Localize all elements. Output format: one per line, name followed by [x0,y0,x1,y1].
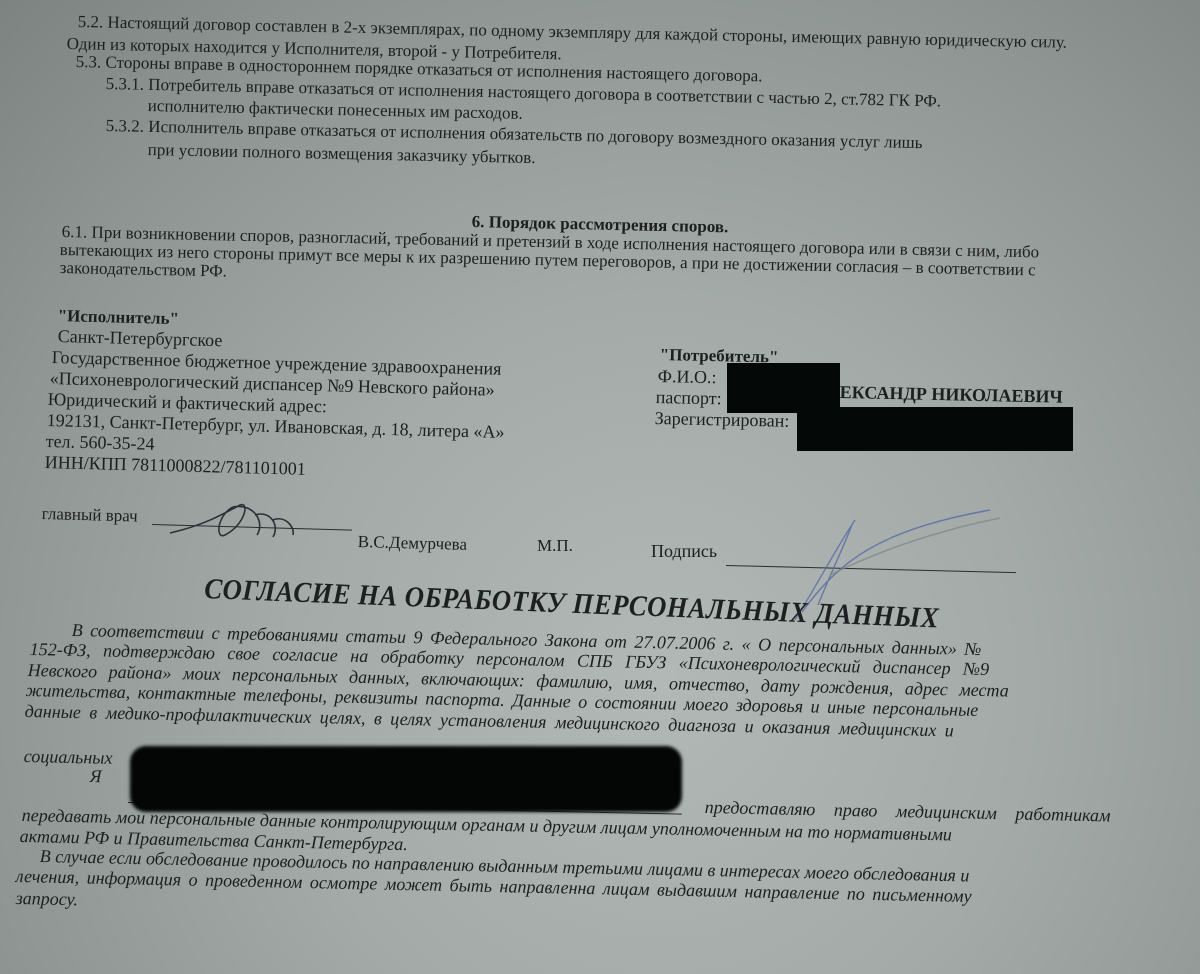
fio-label: Ф.И.О.: [658,366,717,387]
fio-value-visible: ЕКСАНДР НИКОЛАЕВИЧ [840,382,1063,407]
redaction-registration [797,407,1073,451]
scanned-contract-page: 5.2. Настоящий договор составлен в 2-х э… [0,0,1200,974]
executor-signature [165,495,325,545]
redaction-fio-passport [727,363,840,413]
signer-role: главный врач [41,504,137,527]
redaction-consent-name [130,746,682,812]
executor-line: тел. 560-35-24 [45,431,154,454]
consent-ya: Я [90,766,102,786]
signer-name: В.С.Демурчева [357,532,467,555]
referral-line: запросу. [16,888,79,909]
signature-label: Подпись [651,541,717,561]
clause-5-3-2-line2: при условии полного возмещения заказчику… [148,140,536,168]
stamp-place: М.П. [537,536,573,556]
executor-line: Санкт-Петербургское [57,326,222,350]
clause-6-1-line3: законодательством РФ. [60,258,228,281]
passport-label: паспорт: [656,387,722,408]
consent-line: социальных [24,746,113,768]
executor-line: ИНН/КПП 7811000822/781101001 [44,452,306,479]
